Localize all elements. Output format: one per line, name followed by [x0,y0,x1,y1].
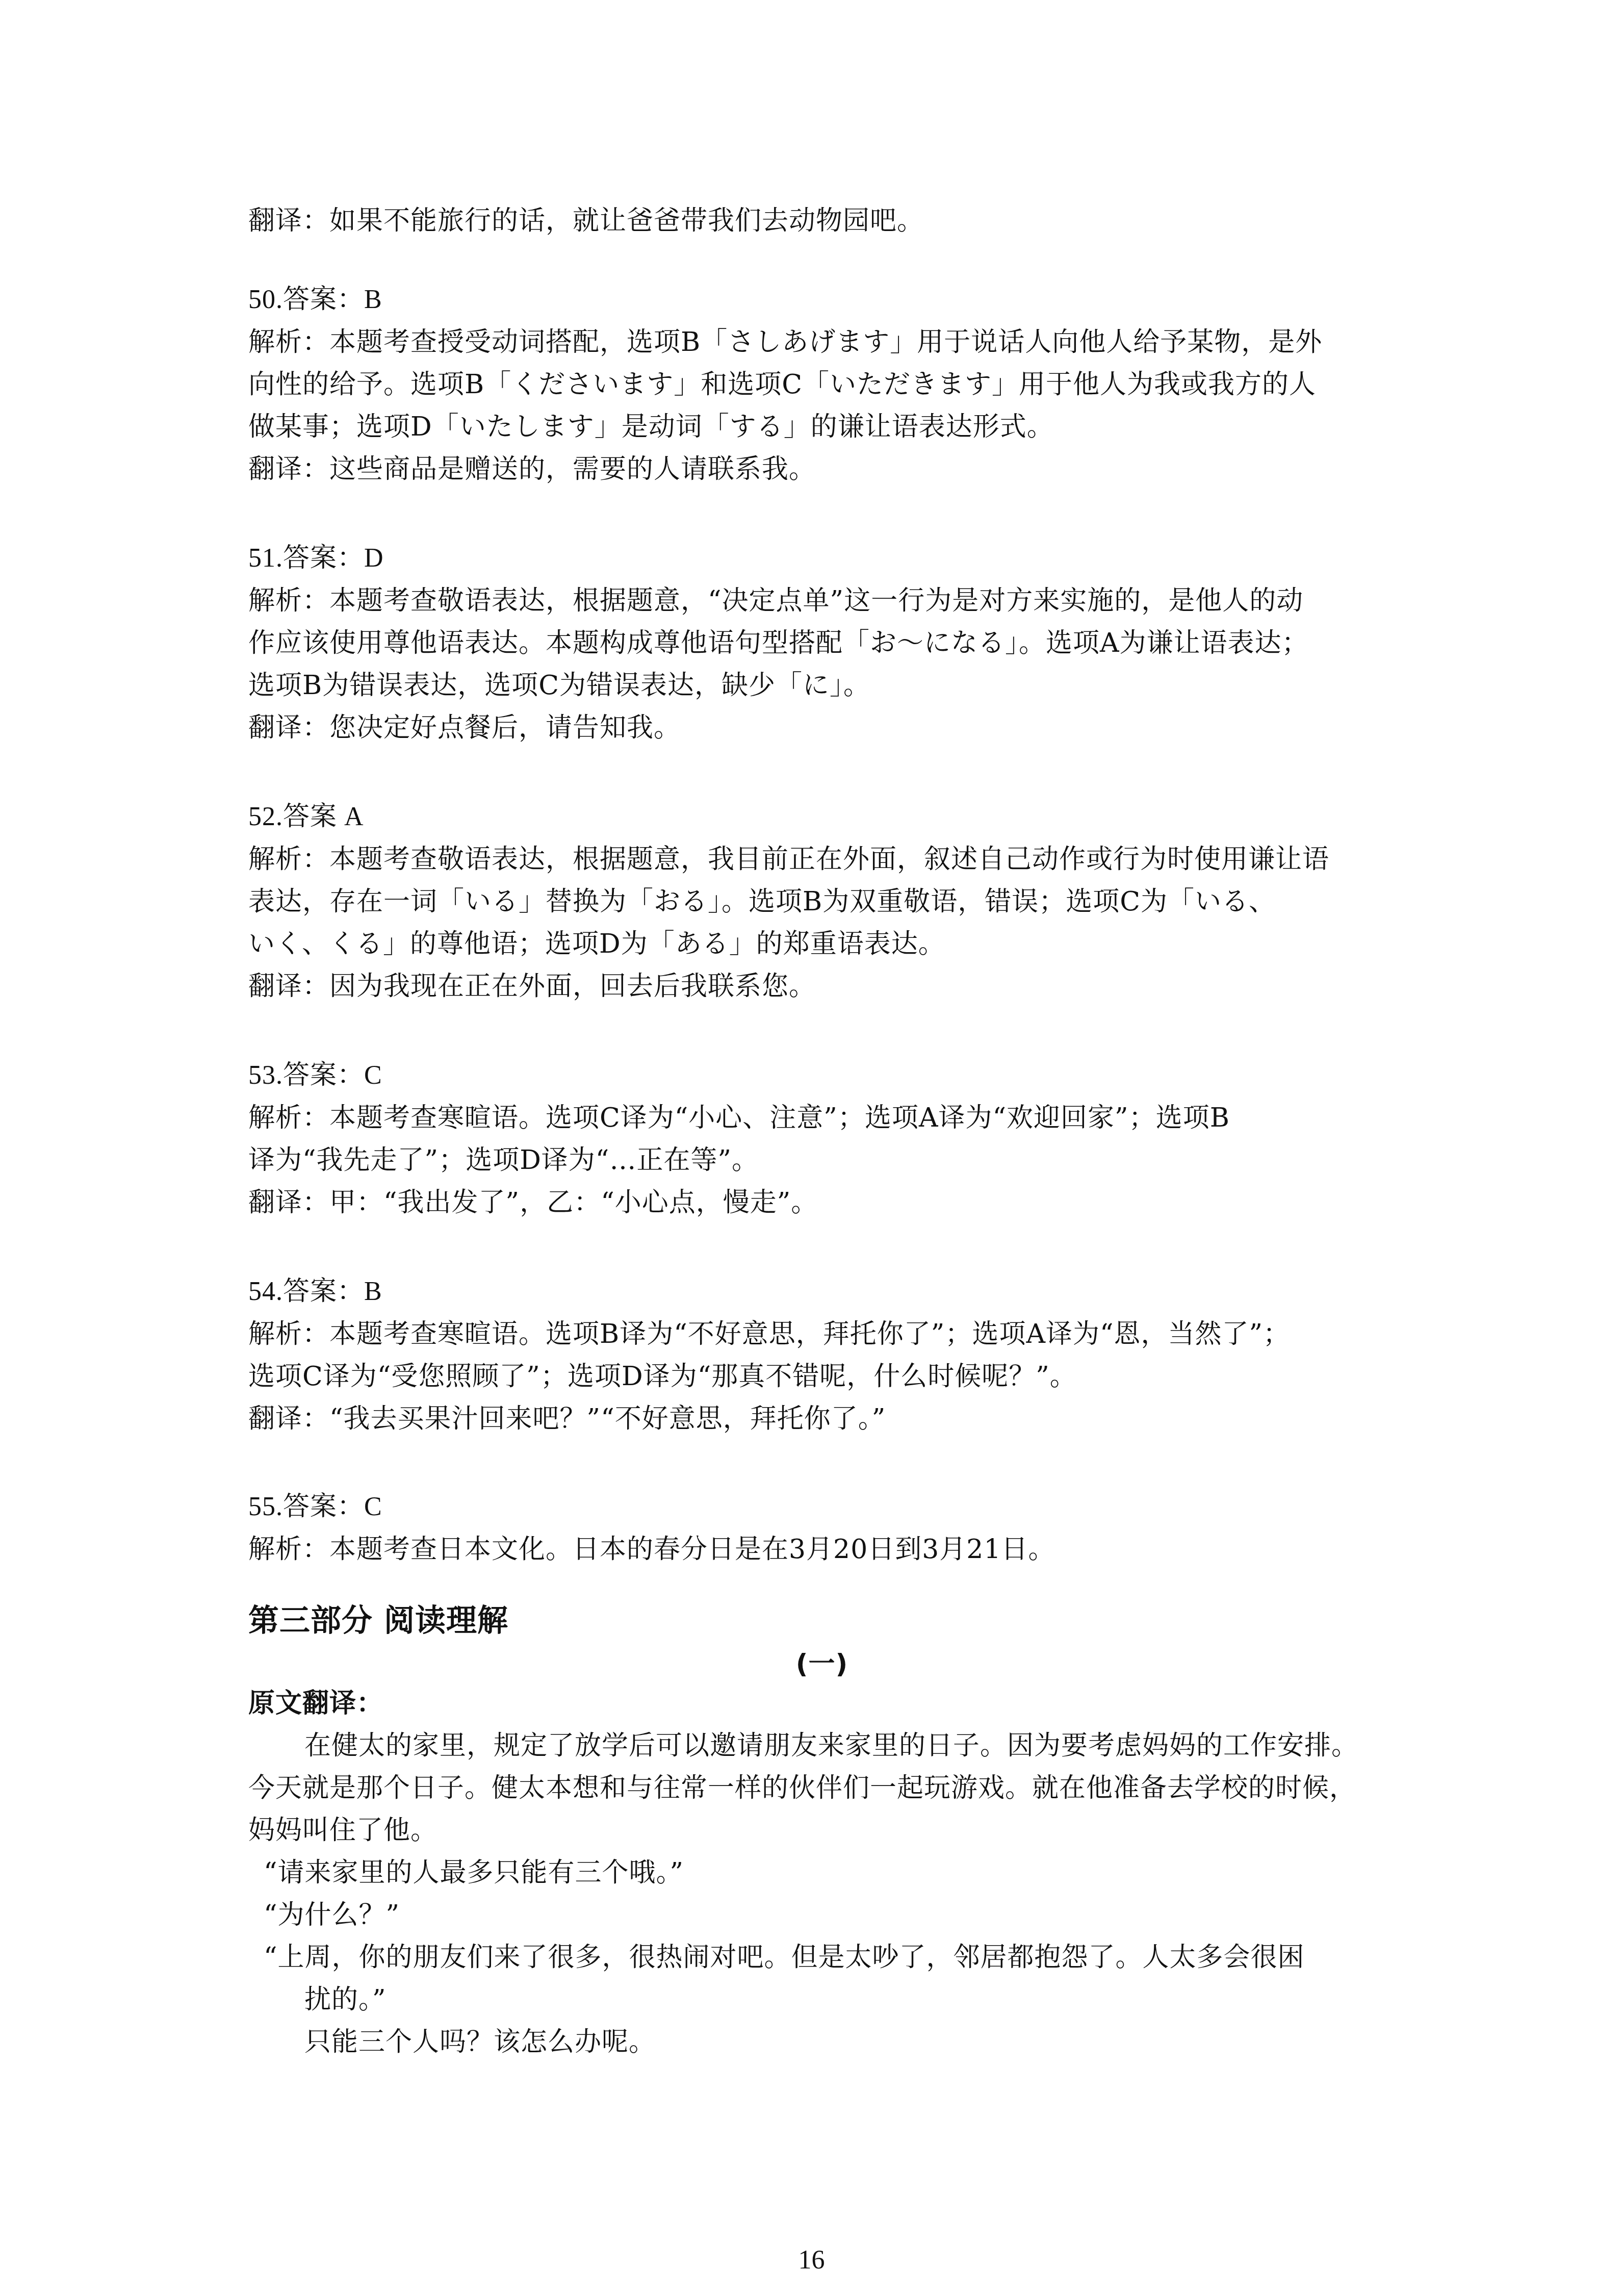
dialogue-line1: “请来家里的人最多只能有三个哦。” [264,1855,684,1891]
paragraph-line1: 在健太的家里，规定了放学后可以邀请朋友来家里的日子。因为要考虑妈妈的工作安排。 [304,1728,1358,1764]
analysis-q50-line2: 向性的给予。选项B「くださいます」和选项C「いただきます」用于他人为我或我方的人 [248,367,1316,402]
analysis-q52-line2: 表达，存在一词「いる」替换为「おる」。选项B为双重敬语，错误；选项C为「いる、 [248,884,1276,920]
analysis-q51-line2: 作应该使用尊他语表达。本题构成尊他语句型搭配「お～になる」。选项A为谦让语表达； [248,625,1309,661]
section-title: 第三部分 阅读理解 [248,1603,508,1639]
translation-q51: 翻译：您决定好点餐后，请告知我。 [248,710,681,746]
dialogue-line4: 扰的。” [304,1982,387,2018]
analysis-q52-line3: いく、くる」的尊他语；选项D为「ある」的郑重语表达。 [248,926,945,962]
answer-q50: 50.答案：B [248,282,382,318]
analysis-q54-line2: 选项C译为“受您照顾了”；选项D译为“那真不错呢，什么时候呢？”。 [248,1359,1077,1394]
analysis-q53-line2: 译为“我先走了”；选项D译为“…正在等”。 [248,1142,759,1178]
translation-q53: 翻译：甲：“我出发了”，乙：“小心点，慢走”。 [248,1185,818,1220]
dialogue-line3: “上周，你的朋友们来了很多，很热闹对吧。但是太吵了，邻居都抱怨了。人太多会很困 [264,1940,1305,1975]
page-number: 16 [0,2245,1623,2276]
translation-q52: 翻译：因为我现在正在外面，回去后我联系您。 [248,968,816,1004]
analysis-q52-line1: 解析：本题考查敬语表达，根据题意，我目前正在外面，叙述自己动作或行为时使用谦让语 [248,841,1329,877]
analysis-q55-line1: 解析：本题考查日本文化。日本的春分日是在3月20日到3月21日。 [248,1532,1055,1567]
translation-q54: 翻译：“我去买果汁回来吧？”“不好意思，拜托你了。” [248,1401,886,1437]
analysis-q50-line3: 做某事；选项D「いたします」是动词「する」的谦让语表达形式。 [248,409,1054,445]
translation-label: 原文翻译： [248,1686,383,1721]
analysis-q50-line1: 解析：本题考查授受动词搭配，选项B「さしあげます」用于说话人向他人给予某物，是外 [248,324,1322,360]
answer-q54: 54.答案：B [248,1274,382,1310]
analysis-q54-line1: 解析：本题考查寒暄语。选项B译为“不好意思，拜托你了”；选项A译为“恩，当然了”… [248,1316,1290,1352]
translation-q50: 翻译：这些商品是赠送的，需要的人请联系我。 [248,451,816,487]
answer-q52: 52.答案 A [248,799,364,835]
section-subtitle: (一) [248,1646,1396,1682]
paragraph-line2: 今天就是那个日子。健太本想和与往常一样的伙伴们一起玩游戏。就在他准备去学校的时候… [248,1770,1356,1806]
analysis-q51-line3: 选项B为错误表达，选项C为错误表达，缺少「に」。 [248,668,870,703]
answer-q53: 53.答案：C [248,1058,382,1093]
dialogue-line5: 只能三个人吗？该怎么办呢。 [304,2024,656,2060]
analysis-q53-line1: 解析：本题考查寒暄语。选项C译为“小心、注意”；选项A译为“欢迎回家”；选项B [248,1100,1230,1136]
translation-line-q49: 翻译：如果不能旅行的话，就让爸爸带我们去动物园吧。 [248,203,924,239]
paragraph-line3: 妈妈叫住了他。 [248,1813,437,1848]
answer-q55: 55.答案：C [248,1489,382,1525]
answer-q51: 51.答案：D [248,541,384,576]
dialogue-line2: “为什么？” [264,1897,400,1933]
analysis-q51-line1: 解析：本题考查敬语表达，根据题意，“决定点单”这一行为是对方来实施的，是他人的动 [248,583,1303,619]
